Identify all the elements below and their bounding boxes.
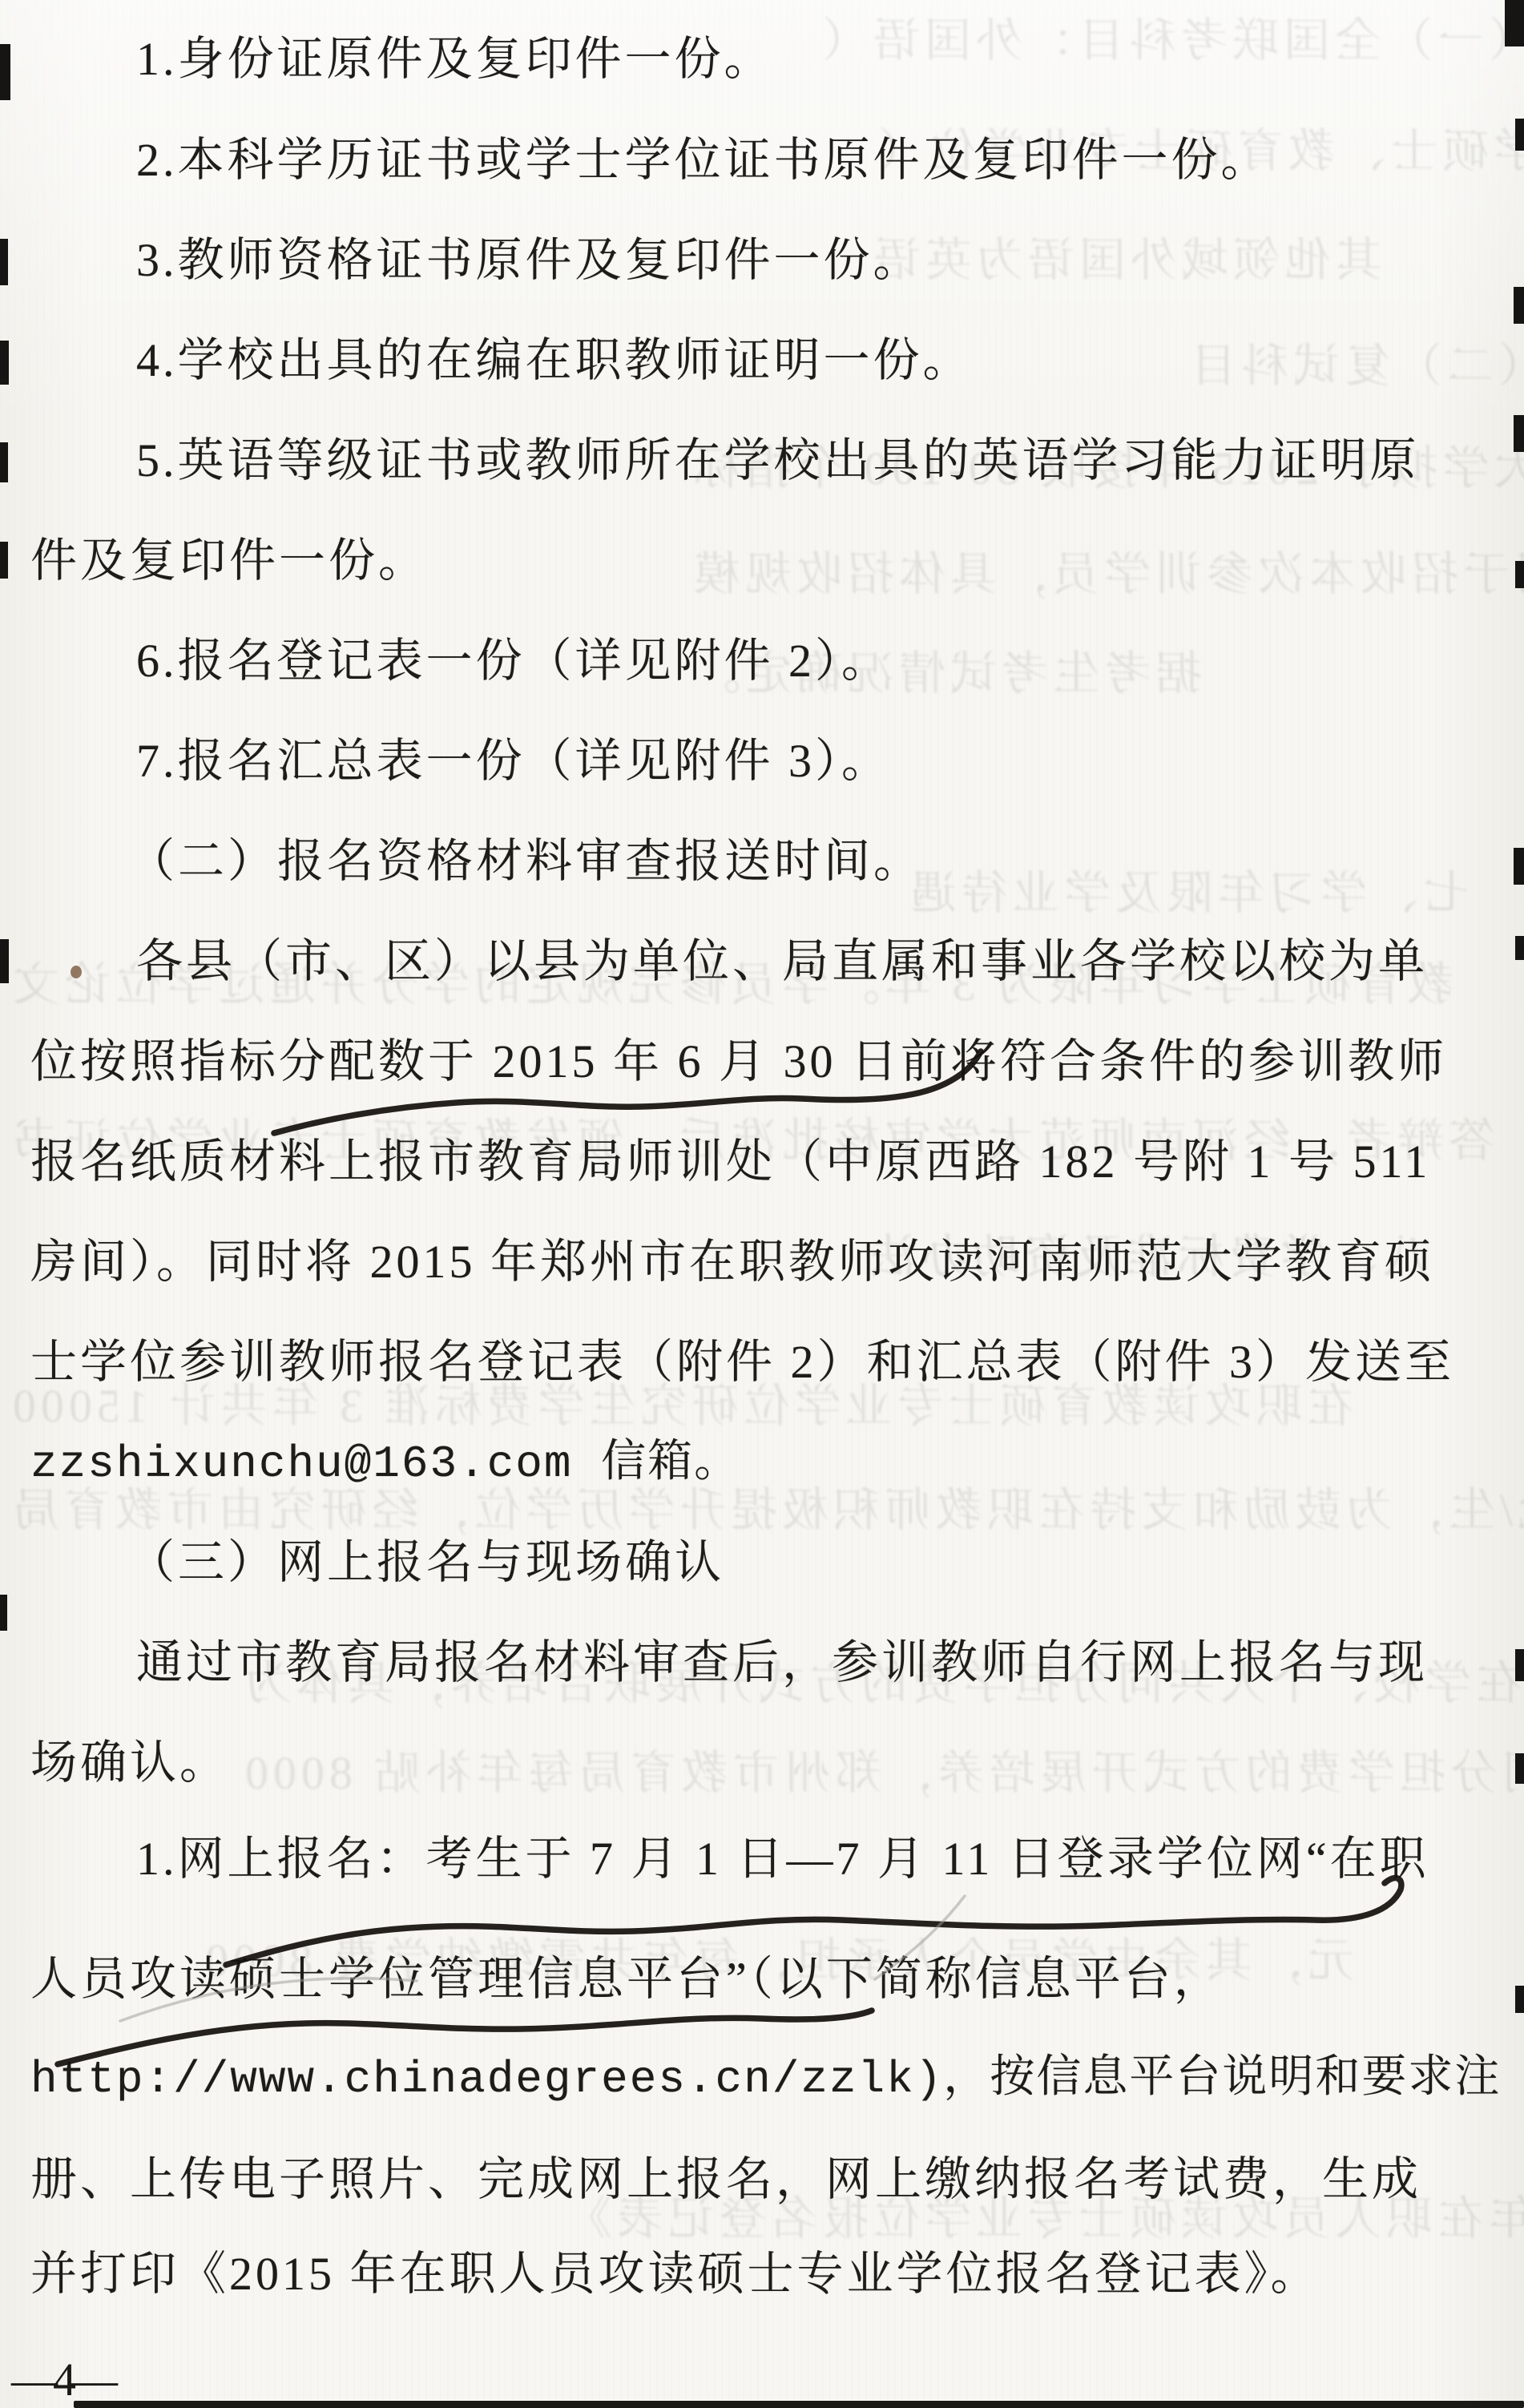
pencil-smudge-2: [875, 1896, 965, 1979]
document-page: （一）全国联考科目：外国语（理学硕士、教育硕士专业学位（其他领域外国语为英语（二…: [0, 0, 1524, 2408]
scan-edge-artifact: [1515, 936, 1524, 960]
scan-edge-artifact: [1514, 848, 1524, 885]
hand-drawn-underlines: [0, 0, 1524, 2408]
page-number: —4—: [11, 2353, 113, 2406]
scan-bottom-edge: [74, 2401, 1524, 2408]
scan-edge-artifact: [1515, 1986, 1524, 2013]
underline-online-signup: [226, 1878, 1401, 1965]
scan-edge-artifact: [0, 239, 8, 285]
scan-edge-artifact: [1514, 287, 1524, 324]
scan-edge-artifact: [1515, 1753, 1524, 1784]
scan-edge-artifact: [0, 1595, 7, 1631]
scan-edge-artifact: [0, 341, 9, 385]
scan-edge-artifact: [1514, 415, 1524, 452]
scan-edge-artifact: [0, 44, 10, 100]
scan-edge-artifact: [1515, 1649, 1524, 1681]
scan-edge-artifact: [1505, 0, 1524, 46]
paper-speck: [71, 966, 82, 978]
scan-edge-artifact: [0, 542, 8, 579]
scan-edge-artifact: [0, 442, 8, 482]
pencil-smudge-1: [120, 1978, 417, 2021]
scan-edge-artifact: [0, 939, 9, 983]
scan-edge-artifact: [1515, 119, 1524, 151]
scan-edge-artifact: [1515, 561, 1524, 588]
underline-date-requirement: [274, 1051, 981, 1133]
underline-platform-name: [58, 2011, 872, 2064]
